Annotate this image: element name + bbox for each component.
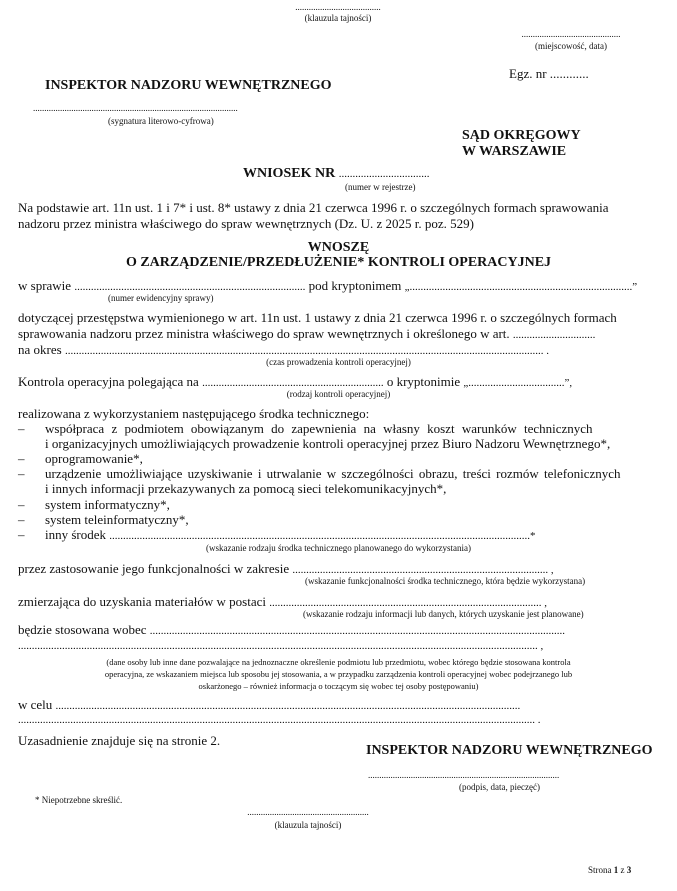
page-number: Strona 1 z 3: [588, 865, 631, 875]
functionality-label: (wskazanie funkcjonalności środka techni…: [305, 576, 585, 586]
page-current: 1: [614, 865, 619, 875]
signature-field[interactable]: ........................................…: [368, 770, 638, 780]
functionality-row: przez zastosowanie jego funkcjonalności …: [18, 561, 640, 577]
technical-item-4[interactable]: system informatyczny*,: [45, 497, 640, 513]
other-means-label: (wskazanie rodzaju środka technicznego p…: [0, 543, 677, 553]
technical-item-3-line-2: i innych informacji przekazywanych za po…: [45, 481, 640, 497]
period-label: (czas prowadzenia kontroli operacyjnej): [0, 357, 677, 367]
footnote: * Niepotrzebne skreślić.: [35, 795, 122, 805]
other-means-field[interactable]: ........................................…: [109, 530, 535, 542]
control-prefix: Kontrola operacyjna polegająca na: [18, 374, 199, 389]
offence-article-field[interactable]: ..............................: [513, 329, 596, 341]
case-number-field[interactable]: ........................................…: [74, 281, 305, 293]
purpose-field-2[interactable]: ........................................…: [18, 714, 640, 726]
control-codename-field[interactable]: „...................................”,: [463, 377, 572, 389]
control-middle: o kryptonimie: [387, 374, 460, 389]
offence-line-2-text: sprawowania nadzoru przez ministra właśc…: [18, 326, 510, 341]
purpose-row: w celu .................................…: [18, 697, 640, 713]
technical-item-2[interactable]: oprogramowanie*,: [45, 451, 640, 467]
case-middle: pod kryptonimem: [309, 278, 402, 293]
technical-item-5[interactable]: system teleinformatyczny*,: [45, 512, 640, 528]
request-title-row: WNIOSEK NR .............................…: [243, 166, 429, 182]
classification-field-bottom[interactable]: ........................................…: [198, 807, 418, 817]
case-row: w sprawie ..............................…: [18, 278, 640, 294]
classification-field-top[interactable]: ......................................: [238, 2, 438, 12]
copy-number[interactable]: Egz. nr ............: [509, 66, 589, 82]
offence-line-2: sprawowania nadzoru przez ministra właśc…: [18, 326, 640, 342]
place-date-field[interactable]: ........................................…: [486, 29, 656, 39]
motion-line-2: O ZARZĄDZENIE/PRZEDŁUŻENIE* KONTROLI OPE…: [0, 255, 677, 271]
classification-label-top: (klauzula tajności): [238, 13, 438, 23]
sender-signature-label: (sygnatura literowo-cyfrowa): [108, 116, 214, 126]
legal-basis-line-2: nadzoru przez ministra właściwego do spr…: [18, 216, 640, 232]
bullet-dash: –: [18, 497, 25, 513]
purpose-prefix: w celu: [18, 697, 52, 712]
technical-item-6-label[interactable]: inny środek: [45, 527, 106, 542]
technical-item-6: inny środek ............................…: [45, 527, 640, 543]
case-number-label: (numer ewidencyjny sprawy): [108, 293, 213, 303]
functionality-prefix: przez zastosowanie jego funkcjonalności …: [18, 561, 289, 576]
materials-prefix: zmierzająca do uzyskania materiałów w po…: [18, 594, 266, 609]
control-type-label: (rodzaj kontroli operacyjnej): [0, 389, 677, 399]
recipient-line-2: W WARSZAWIE: [462, 144, 566, 160]
materials-field[interactable]: ........................................…: [269, 597, 547, 609]
target-label-line-1: (dane osoby lub inne dane pozwalające na…: [0, 657, 677, 667]
sender-title: INSPEKTOR NADZORU WEWNĘTRZNEGO: [45, 78, 332, 94]
page-prefix: Strona: [588, 865, 612, 875]
sender-signature-field[interactable]: ........................................…: [33, 103, 313, 113]
case-prefix: w sprawie: [18, 278, 71, 293]
target-field-1[interactable]: ........................................…: [150, 625, 565, 637]
request-number-label: (numer w rejestrze): [345, 182, 415, 192]
classification-label-bottom: (klauzula tajności): [198, 820, 418, 830]
target-label-line-3: oskarżonego – również informacja o toczą…: [0, 681, 677, 691]
technical-item-3-line-1[interactable]: urządzenie umożliwiające uzyskiwanie i u…: [45, 466, 640, 482]
page-total: 3: [627, 865, 632, 875]
technical-item-1-line-2: i organizacyjnych umożliwiających prowad…: [45, 436, 640, 452]
target-row: będzie stosowana wobec .................…: [18, 622, 640, 638]
bullet-dash: –: [18, 512, 25, 528]
purpose-field-1[interactable]: ........................................…: [56, 700, 521, 712]
materials-row: zmierzająca do uzyskania materiałów w po…: [18, 594, 640, 610]
recipient-line-1: SĄD OKRĘGOWY: [462, 128, 581, 144]
target-label-line-2: operacyjna, ze wskazaniem miejsca lub sp…: [0, 669, 677, 679]
period-prefix: na okres: [18, 342, 62, 357]
offence-line-1: dotyczącej przestępstwa wymienionego w a…: [18, 310, 640, 326]
control-row: Kontrola operacyjna polegająca na ......…: [18, 374, 640, 390]
motion-line-1: WNOSZĘ: [0, 240, 677, 256]
request-number-field[interactable]: .................................: [339, 168, 430, 180]
technical-intro: realizowana z wykorzystaniem następujące…: [18, 406, 640, 422]
request-title: WNIOSEK NR: [243, 166, 335, 181]
page-separator: z: [621, 865, 625, 875]
control-type-field[interactable]: ........................................…: [202, 377, 384, 389]
bullet-dash: –: [18, 421, 25, 437]
bullet-dash: –: [18, 466, 25, 482]
signature-label: (podpis, data, pieczęć): [459, 782, 540, 792]
bullet-dash: –: [18, 527, 25, 543]
place-date-label: (miejscowość, data): [486, 41, 656, 51]
signature-title: INSPEKTOR NADZORU WEWNĘTRZNEGO: [366, 743, 653, 759]
technical-item-1-line-1[interactable]: współpraca z podmiotem obowiązanym do za…: [45, 421, 640, 437]
case-codename-field[interactable]: „.......................................…: [405, 281, 638, 293]
target-prefix: będzie stosowana wobec: [18, 622, 147, 637]
legal-basis-line-1: Na podstawie art. 11n ust. 1 i 7* i ust.…: [18, 200, 640, 216]
bullet-dash: –: [18, 451, 25, 467]
materials-label: (wskazanie rodzaju informacji lub danych…: [303, 609, 584, 619]
functionality-field[interactable]: ........................................…: [292, 564, 553, 576]
period-row: na okres ...............................…: [18, 342, 640, 358]
target-field-2[interactable]: ........................................…: [18, 640, 640, 652]
period-field[interactable]: ........................................…: [65, 345, 549, 357]
